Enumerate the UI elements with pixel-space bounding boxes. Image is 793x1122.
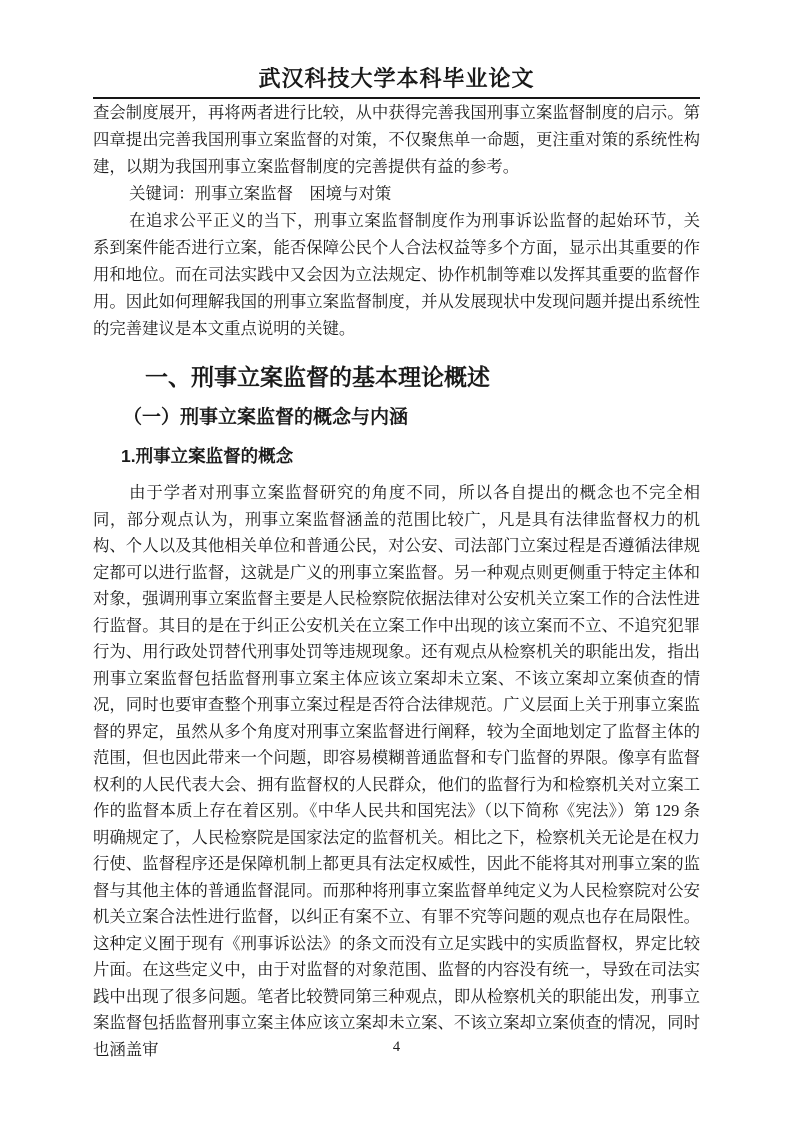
thesis-page: 武汉科技大学本科毕业论文 查会制度展开，再将两者进行比较，从中获得完善我国刑事立…	[0, 0, 793, 1122]
page-header: 武汉科技大学本科毕业论文	[0, 64, 793, 99]
intro-paragraph: 在追求公平正义的当下，刑事立案监督制度作为刑事诉讼监督的起始环节，关系到案件能否…	[93, 207, 700, 342]
paragraph-continuation: 查会制度展开，再将两者进行比较，从中获得完善我国刑事立案监督制度的启示。第四章提…	[93, 99, 700, 180]
heading-subsection-1-1-1: 1.刑事立案监督的概念	[121, 443, 700, 469]
heading-chapter-1: 一、刑事立案监督的基本理论概述	[145, 361, 700, 393]
page-footer: 4	[0, 1038, 793, 1056]
page-body: 查会制度展开，再将两者进行比较，从中获得完善我国刑事立案监督制度的启示。第四章提…	[93, 99, 700, 1063]
concept-paragraph: 由于学者对刑事立案监督研究的角度不同，所以各自提出的概念也不完全相同，部分观点认…	[93, 480, 700, 1063]
running-head-title: 武汉科技大学本科毕业论文	[93, 64, 700, 94]
page-number: 4	[393, 1039, 400, 1055]
keywords-line: 关键词：刑事立案监督 困境与对策	[93, 180, 700, 207]
heading-section-1-1: （一）刑事立案监督的概念与内涵	[123, 404, 700, 432]
